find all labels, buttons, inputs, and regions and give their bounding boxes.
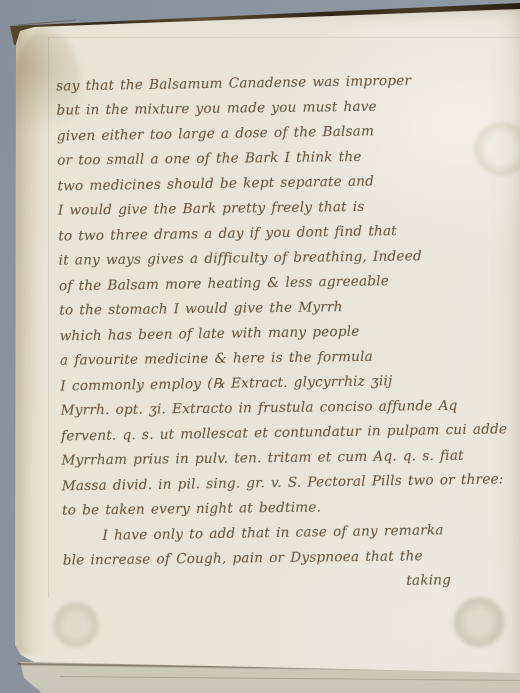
paper-stain [52,602,100,648]
manuscript-page: say that the Balsamum Canadense was impr… [0,0,520,693]
photo-backdrop: say that the Balsamum Canadense was impr… [0,0,520,693]
paper-stain [452,596,506,648]
letter-body: say that the Balsamum Canadense was impr… [56,68,481,599]
